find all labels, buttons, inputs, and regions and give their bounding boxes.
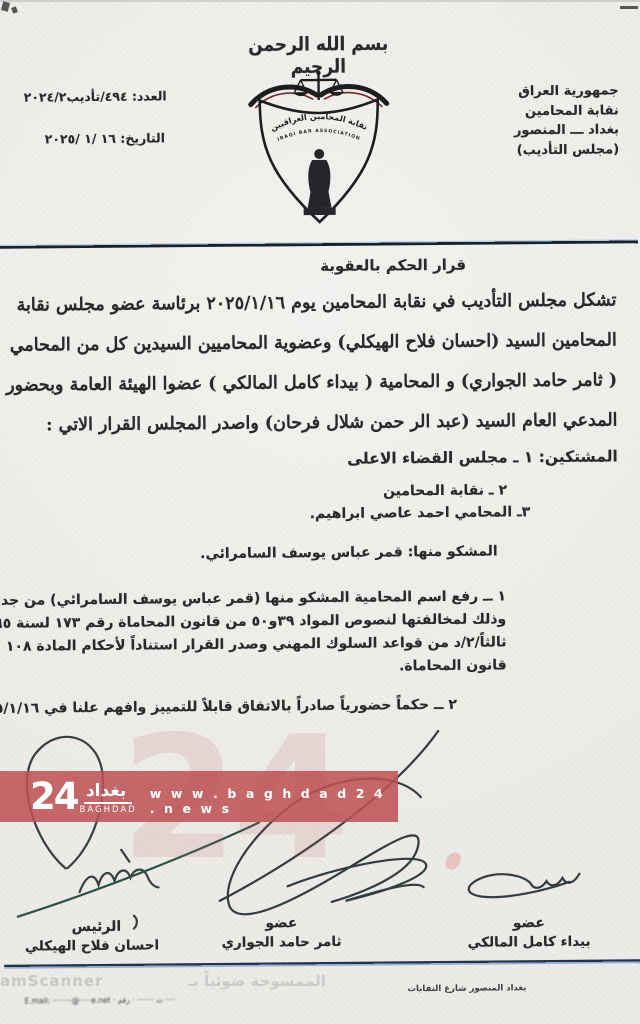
intro-line: ( ثامر حامد الجواري) و المحامية ( بيداء … bbox=[0, 370, 617, 396]
intro-line: المدعي العام السيد (عبد الر حمن شلال فرح… bbox=[46, 410, 618, 435]
justice-statue-figure bbox=[303, 149, 336, 215]
signature-mark-member-baidaa bbox=[469, 874, 580, 898]
camscanner-watermark-arabic: الممسوحة ضوئياً بـ bbox=[188, 972, 326, 990]
issue-date: التاريخ: ١٦ /١ /٢٠٢٥ bbox=[45, 130, 165, 146]
scanned-document-page: 24 بسم الله الرحمن الرحيم جمهورية العراق… bbox=[0, 0, 640, 1024]
emblem-english-arc-text: IRAQI BAR ASSOCIATION bbox=[277, 128, 362, 143]
footer-rule bbox=[4, 959, 640, 969]
complainant-item: ٢ ـ نقابة المحامين bbox=[383, 482, 507, 499]
footer-address: بغداد المنصور شارع النقابات bbox=[407, 983, 526, 994]
signature-role: عضو bbox=[464, 915, 594, 932]
svg-text:IRAQI BAR ASSOCIATION: IRAQI BAR ASSOCIATION bbox=[277, 128, 362, 143]
ruling-line: ١ ــ رفع اسم المحامية المشكو منها (قمر ع… bbox=[0, 588, 506, 609]
complainant-item: ٣ـ المحامي احمد عاصي ابراهيم. bbox=[310, 504, 531, 522]
baghdad24-logo-arabic: بغداد bbox=[84, 781, 132, 804]
baghdad24-site-url: w w w . b a g h d a d 2 4 . n e w s bbox=[150, 786, 398, 816]
respondent-line: المشكو منها: قمر عباس يوسف السامرائي. bbox=[200, 543, 498, 562]
ruling-line: قانون المحاماة. bbox=[399, 657, 507, 674]
intro-line: المحامين السيد (احسان فلاح الهيكلي) وعضو… bbox=[10, 330, 617, 355]
letterhead-right-block: جمهورية العراق نقابة المحامين بغداد ـــ … bbox=[513, 81, 619, 160]
signature-name: بيداء كامل المالكي bbox=[464, 934, 594, 951]
issue-number: العدد: ٤٩٤/تأديب٢٠٢٤/٢ bbox=[24, 88, 167, 104]
signature-role: عضو bbox=[209, 915, 354, 932]
baghdad24-logo-number: 24 bbox=[30, 779, 78, 815]
header-rule bbox=[0, 239, 638, 249]
signature-name: احسان فلاح الهيكلي bbox=[34, 937, 159, 954]
signature-role: الرئيس bbox=[34, 918, 159, 935]
intro-line: تشكل مجلس التأديب في نقابة المحامين يوم … bbox=[16, 290, 616, 315]
complainants-first-item: المشتكين: ١ ـ مجلس القضاء الاعلى bbox=[347, 447, 618, 467]
baghdad24-watermark-banner: 24 بغداد BAGHDAD w w w . b a g h d a d 2… bbox=[0, 771, 398, 822]
letterhead-city: بغداد ـــ المنصور bbox=[514, 120, 619, 140]
signature-name: ثامر حامد الجواري bbox=[209, 934, 354, 951]
camscanner-watermark-english: CamScanner bbox=[0, 972, 104, 990]
letterhead-council: (مجلس التأديب) bbox=[514, 140, 619, 160]
letterhead-association: نقابة المحامين bbox=[514, 101, 619, 121]
baghdad24-logo-english: BAGHDAD bbox=[80, 805, 137, 815]
iraqi-bar-association-emblem: نقابة المحامين العراقيين IRAQI BAR ASSOC… bbox=[242, 63, 395, 228]
signature-block-member-thamer: عضو ثامر حامد الجواري bbox=[209, 915, 354, 951]
ruling-line: ثالثاً/٢/د من قواعد السلوك المهني وصدر ا… bbox=[0, 634, 506, 655]
decision-title: قرار الحكم بالعقوبة bbox=[293, 255, 493, 275]
letterhead-country: جمهورية العراق bbox=[513, 81, 618, 101]
signature-block-member-baidaa: عضو بيداء كامل المالكي bbox=[464, 915, 594, 951]
signature-block-president: الرئيس احسان فلاح الهيكلي bbox=[34, 918, 159, 954]
baghdad24-logo: بغداد BAGHDAD bbox=[80, 781, 137, 815]
ruling-line: وذلك لمخالفتها لنصوص المواد ٣٩و٥٠ من قان… bbox=[0, 611, 506, 632]
footer-contact-blurred: E.mail: ········@·····e.net · ت ······· … bbox=[24, 995, 175, 1005]
